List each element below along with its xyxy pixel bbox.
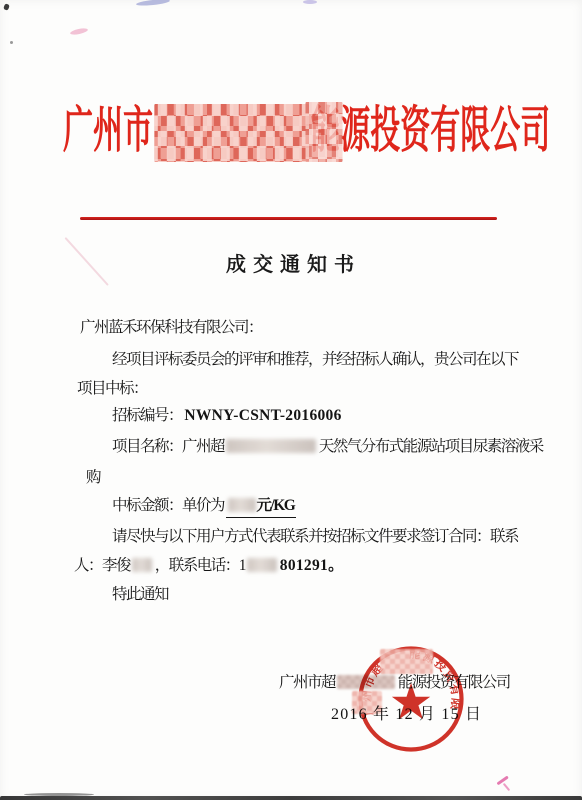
scan-artifact <box>10 41 13 44</box>
redacted-phone <box>247 558 277 572</box>
mosaic-redaction <box>305 102 342 162</box>
scan-artifact <box>136 0 170 7</box>
scan-page-edge <box>0 796 582 800</box>
scan-artifact <box>303 0 317 4</box>
amount-prefix: 中标金额：单价为 <box>112 497 224 514</box>
amount-unit: 元/KG <box>256 497 294 514</box>
letterhead-company-name: 广州市 能源投资有限公司 <box>63 100 550 162</box>
contact-line-2: 人：李俊 ，联系电话：1 801291。 <box>74 553 344 575</box>
redacted-price <box>228 498 256 512</box>
intro-line-2: 项目中标： <box>77 376 147 398</box>
mosaic-redaction <box>352 691 382 714</box>
mosaic-redaction <box>154 104 309 162</box>
redacted-text <box>226 439 316 453</box>
bid-number-value: NWNY-CSNT-2016006 <box>184 407 341 424</box>
scan-artifact <box>503 783 510 791</box>
redacted-name <box>132 558 152 572</box>
recipient-line: 广州蓝禾环保科技有限公司： <box>80 315 262 337</box>
intro-line-1: 经项目评标委员会的评审和推荐，并经招标人确认，贵公司在以下 <box>112 347 518 369</box>
contact-phone-label: ，联系电话：1 <box>155 557 245 574</box>
letterhead-suffix: 能源投资有限公司 <box>310 101 550 159</box>
project-suffix: 天然气分布式能源站项目尿素溶液采 <box>319 438 543 455</box>
document-title: 成 交 通 知 书 <box>226 248 355 277</box>
company-seal: 广州市超 能源投资有限公司 ★ <box>351 639 471 759</box>
mosaic-redaction <box>380 649 433 674</box>
project-name-wrap-line: 购 <box>86 465 100 487</box>
project-prefix: 项目名称：广州超 <box>112 438 224 455</box>
scan-artifact <box>3 3 10 10</box>
scanned-document-page: 广州市 能源投资有限公司 成 交 通 知 书 广州蓝禾环保科技有限公司： 经项目… <box>0 0 582 800</box>
scan-artifact <box>70 27 89 36</box>
letterhead-divider-rule <box>80 217 497 220</box>
contact-phone-tail: 801291。 <box>280 557 344 574</box>
project-name-line: 项目名称：广州超 天然气分布式能源站项目尿素溶液采 <box>112 434 543 456</box>
amount-underlined-group: 元/KG <box>226 493 296 518</box>
scan-artifact <box>65 237 109 286</box>
closing-notice: 特此通知 <box>112 582 168 604</box>
bid-number-label: 招标编号： <box>112 407 182 424</box>
letterhead-prefix: 广州市 <box>63 102 153 160</box>
star-icon: ★ <box>389 674 434 730</box>
bid-number-line: 招标编号： NWNY-CSNT-2016006 <box>112 403 342 425</box>
signature-prefix: 广州市超 <box>279 674 335 691</box>
award-amount-line: 中标金额：单价为 元/KG <box>112 493 296 518</box>
contact-line-1: 请尽快与以下用户方式代表联系并按招标文件要求签订合同：联系 <box>112 524 518 546</box>
letterhead-suffix-wrap: 能源投资有限公司 <box>310 102 550 160</box>
contact-person-prefix: 人：李俊 <box>74 557 130 574</box>
